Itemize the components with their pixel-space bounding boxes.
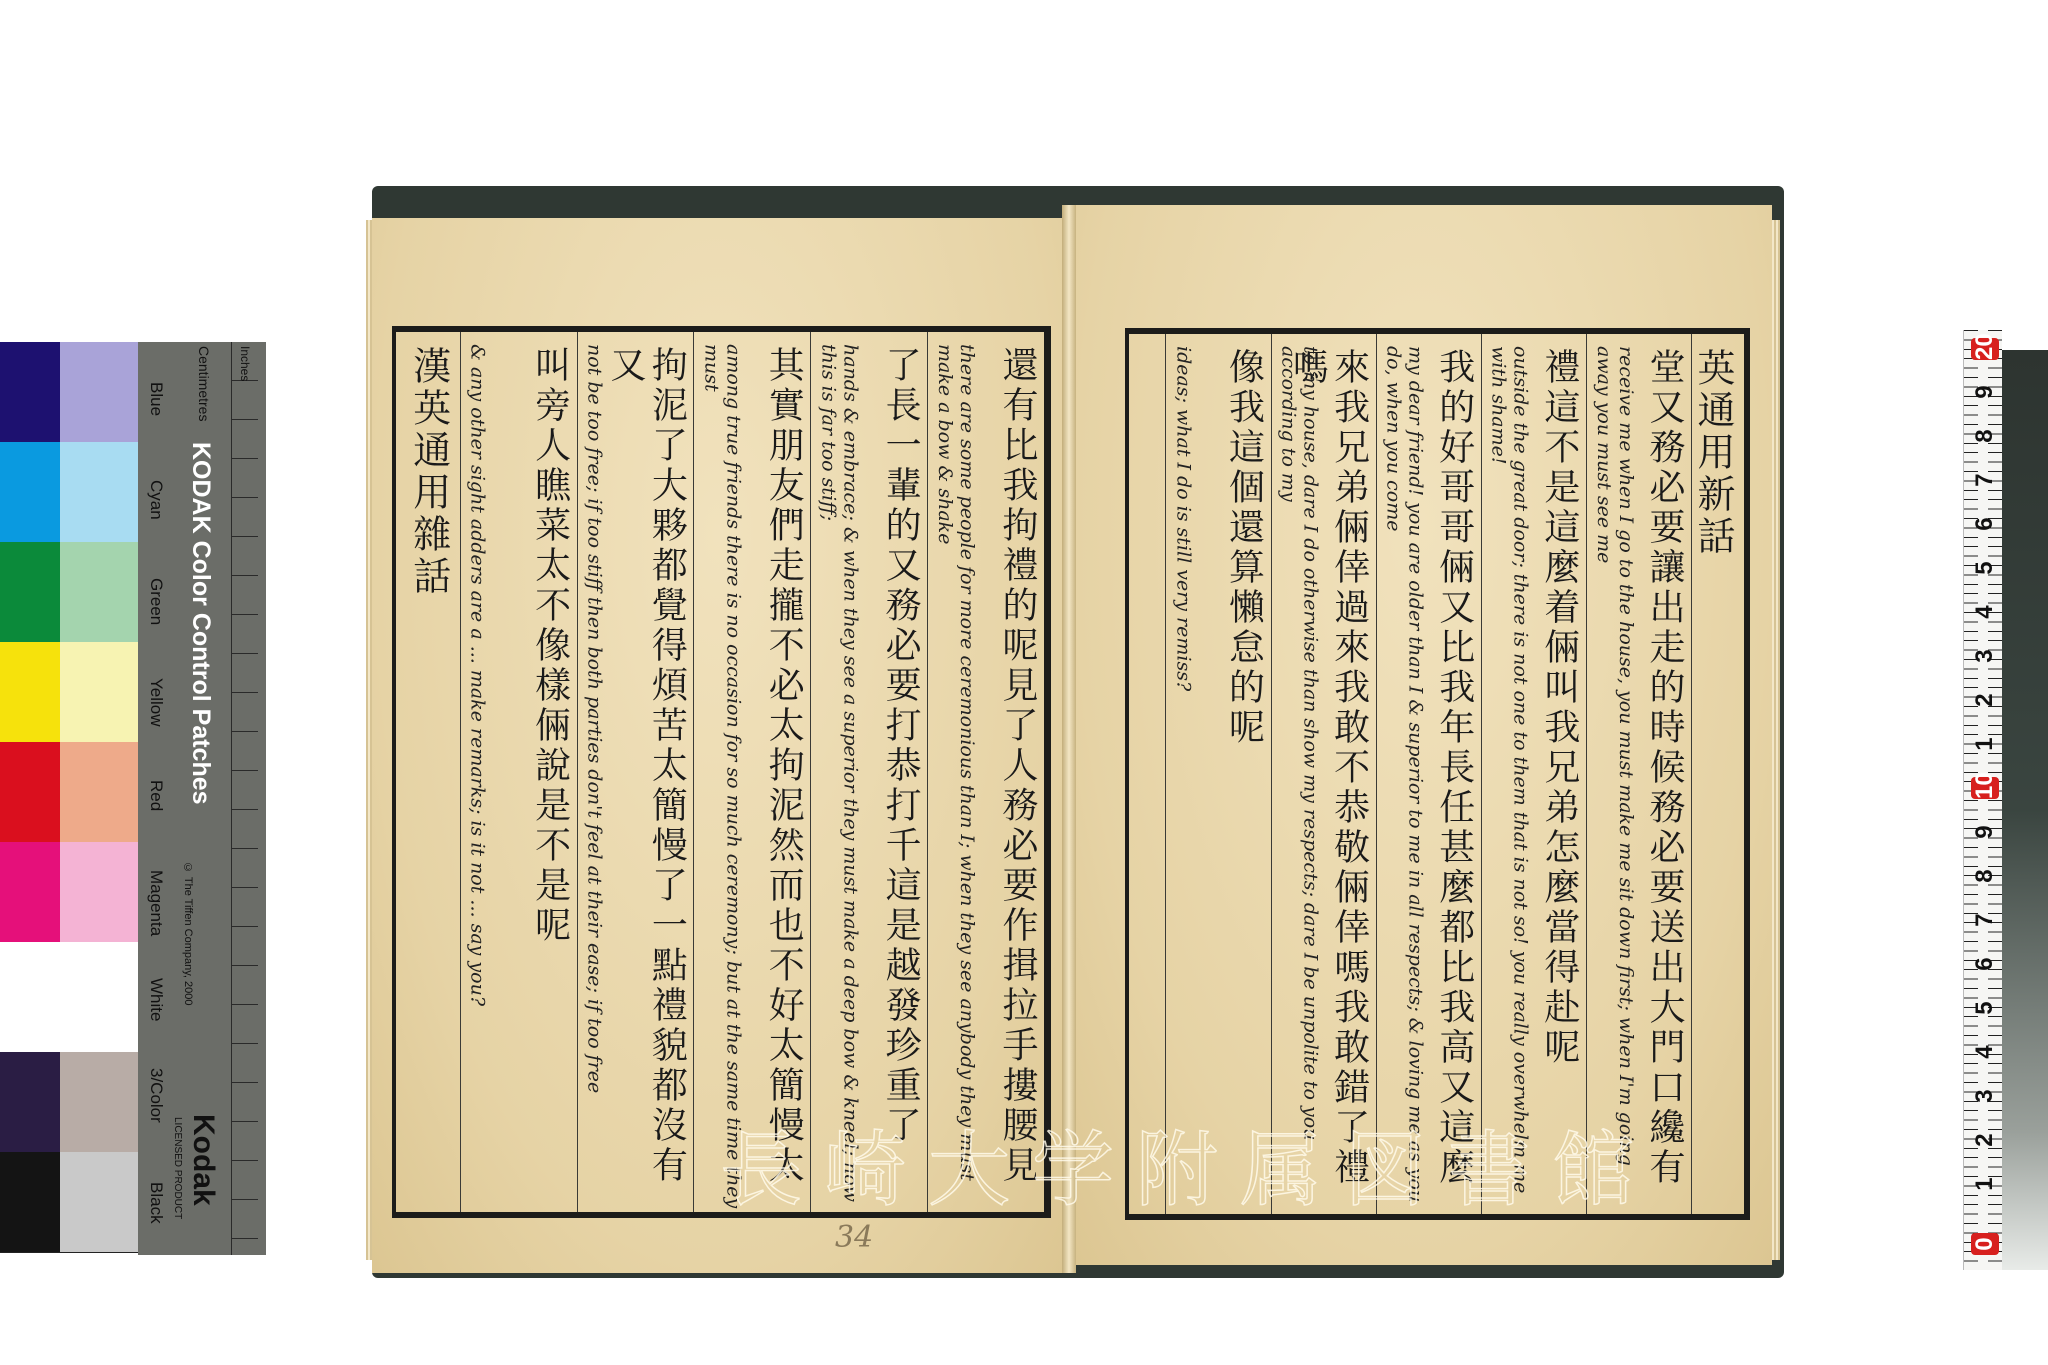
blue-label: Blue: [146, 382, 166, 416]
chinese-text: 叫旁人瞧菜太不像樣倆說是不是呢: [529, 346, 570, 946]
handwritten-page-number: 34: [835, 1220, 873, 1255]
kodak-logo: Kodak: [186, 1114, 220, 1206]
light-cyan-patch: [60, 442, 138, 543]
ruler-number: 10: [1971, 777, 1999, 799]
ruler-number: 20: [1971, 338, 1999, 360]
chinese-text: 禮這不是這麼着倆叫我兄弟怎麼當得赴呢: [1538, 348, 1579, 1068]
chinese-text: 了長一輩的又務必要打恭打千這是越發珍重了: [880, 346, 921, 1146]
light-black-patch: [60, 1152, 138, 1253]
chinese-text: 像我這個還算懶怠的呢: [1223, 348, 1264, 748]
text-column: 了長一輩的又務必要打恭打千這是越發珍重了 hands & embrace; & …: [810, 332, 927, 1212]
black-patch: [0, 1152, 68, 1253]
side-title-column: 漢英通用雜話: [396, 332, 460, 1212]
english-gloss: outside the great door; there is not one…: [1488, 346, 1532, 1214]
ruler-number: 3: [1971, 1085, 1999, 1107]
ruler-number: 9: [1971, 821, 1999, 843]
library-watermark: 長崎大学附属図書館: [720, 1105, 1656, 1222]
english-gloss: receive me when I go to the house, you m…: [1593, 346, 1637, 1214]
text-column: 其實朋友們走攏不必太拘泥然而也不好太簡慢太 among true friends…: [693, 332, 810, 1212]
ruler-number: 7: [1971, 909, 1999, 931]
english-gloss: among true friends there is no occasion …: [700, 344, 744, 1212]
ruler-number: 1: [1971, 1173, 1999, 1195]
chart-scale-ticks: [231, 342, 258, 1255]
chinese-text: 其實朋友們走攏不必太拘泥然而也不好太簡慢太: [763, 346, 804, 1186]
chinese-text: 堂又務必要讓出走的時候務必要送出大門口纔有: [1644, 348, 1685, 1188]
yellow-patch: [0, 642, 68, 743]
english-gloss: not be too free; if too stiff then both …: [584, 344, 606, 1093]
ruler-number: 8: [1971, 425, 1999, 447]
english-gloss: hands & embrace; & when they see a super…: [817, 344, 861, 1212]
ruler-number: 2: [1971, 1129, 1999, 1151]
ruler-number: 9: [1971, 381, 1999, 403]
chinese-text: 還有比我拘禮的呢見了人務必要作揖拉手摟腰見: [997, 346, 1038, 1186]
white-label: White: [146, 978, 166, 1021]
chinese-text: 拘泥了大夥都覺得煩苦太簡慢了一點禮貌都沒有又: [605, 346, 688, 1212]
three-color-patch: [0, 1052, 68, 1153]
green-label: Green: [146, 578, 166, 625]
light-three-color-patch: [60, 1052, 138, 1153]
ruler-number: 4: [1971, 601, 1999, 623]
white-patch: [0, 942, 68, 1042]
red-patch: [0, 742, 68, 843]
left-page-text-frame: 還有比我拘禮的呢見了人務必要作揖拉手摟腰見 there are some peo…: [392, 326, 1051, 1218]
english-gloss: ideas; what I do is still very remiss?: [1172, 346, 1194, 691]
empty-column: [1129, 334, 1165, 1214]
text-column: 禮這不是這麼着倆叫我兄弟怎麼當得赴呢 outside the great doo…: [1481, 334, 1586, 1214]
cyan-label: Cyan: [146, 480, 166, 520]
three-color-label: 3/Color: [146, 1068, 166, 1123]
ruler-number: 7: [1971, 469, 1999, 491]
english-gloss: to my house, dare I do otherwise than sh…: [1278, 346, 1322, 1214]
magenta-label: Magenta: [146, 870, 166, 936]
english-gloss: there are some people for more ceremonio…: [934, 344, 978, 1212]
text-column: 叫旁人瞧菜太不像樣倆說是不是呢 & any other sight adders…: [460, 332, 577, 1212]
centimetres-label: Centimetres: [196, 346, 212, 421]
red-label: Red: [146, 780, 166, 811]
kodak-color-chart: Centimetres Inches KODAK Color Control P…: [0, 342, 268, 1255]
cyan-patch: [0, 442, 68, 543]
chinese-text: 我的好哥哥倆又比我年長任甚麼都比我高又這麼: [1433, 348, 1474, 1188]
ruler-number: 2: [1971, 689, 1999, 711]
text-column: 拘泥了大夥都覺得煩苦太簡慢了一點禮貌都沒有又 not be too free; …: [577, 332, 694, 1212]
blue-patch: [0, 342, 68, 443]
ruler-number: 5: [1971, 557, 1999, 579]
black-label: Black: [146, 1182, 166, 1224]
ruler-number: 4: [1971, 1041, 1999, 1063]
right-page-text-frame: 英通用新話 堂又務必要讓出走的時候務必要送出大門口纔有 receive me w…: [1125, 328, 1750, 1220]
text-column: 像我這個還算懶怠的呢 ideas; what I do is still ver…: [1165, 334, 1270, 1214]
light-green-patch: [60, 542, 138, 643]
text-column: 還有比我拘禮的呢見了人務必要作揖拉手摟腰見 there are some peo…: [927, 332, 1044, 1212]
light-red-patch: [60, 742, 138, 843]
light-blue-patch: [60, 342, 138, 443]
green-patch: [0, 542, 68, 643]
inches-label: Inches: [238, 346, 252, 381]
ruler-number: 6: [1971, 513, 1999, 535]
ruler-number: 6: [1971, 953, 1999, 975]
light-white-patch: [60, 942, 138, 1042]
magenta-patch: [0, 842, 68, 943]
book-side-title: 英通用新話: [1691, 348, 1734, 558]
text-column: 堂又務必要讓出走的時候務必要送出大門口纔有 receive me when I …: [1586, 334, 1691, 1214]
text-column: 我的好哥哥倆又比我年長任甚麼都比我高又這麼 my dear friend! yo…: [1376, 334, 1481, 1214]
text-column: 來我兄弟倆倖過來我敢不恭敬倆倖嗎我敢錯了禮嗎 to my house, dare…: [1271, 334, 1376, 1214]
licensed-product-text: LICENSED PRODUCT: [172, 1117, 183, 1219]
chart-title: KODAK Color Control Patches: [186, 442, 215, 805]
ruler-number: 8: [1971, 865, 1999, 887]
ruler-number: 5: [1971, 997, 1999, 1019]
book-side-title: 漢英通用雜話: [406, 346, 450, 598]
side-title-column: 英通用新話: [1691, 334, 1744, 1214]
light-magenta-patch: [60, 842, 138, 943]
english-gloss: & any other sight adders are a ... make …: [467, 344, 489, 1006]
ruler-number: 1: [1971, 733, 1999, 755]
measuring-ruler: 20 9 8 7 6 5 4 3 2 1 10 9 8 7 6 5 4 3 2 …: [1963, 330, 2002, 1270]
ruler-number: 3: [1971, 645, 1999, 667]
light-yellow-patch: [60, 642, 138, 743]
english-gloss: my dear friend! you are older than I & s…: [1383, 346, 1427, 1214]
chart-label-strip: Centimetres Inches KODAK Color Control P…: [138, 342, 266, 1255]
copyright-text: © The Tiffen Company, 2000: [182, 862, 194, 1005]
ruler-number: 0: [1971, 1233, 1999, 1255]
yellow-label: Yellow: [146, 678, 166, 727]
ruler-shadow: [2001, 350, 2048, 1270]
